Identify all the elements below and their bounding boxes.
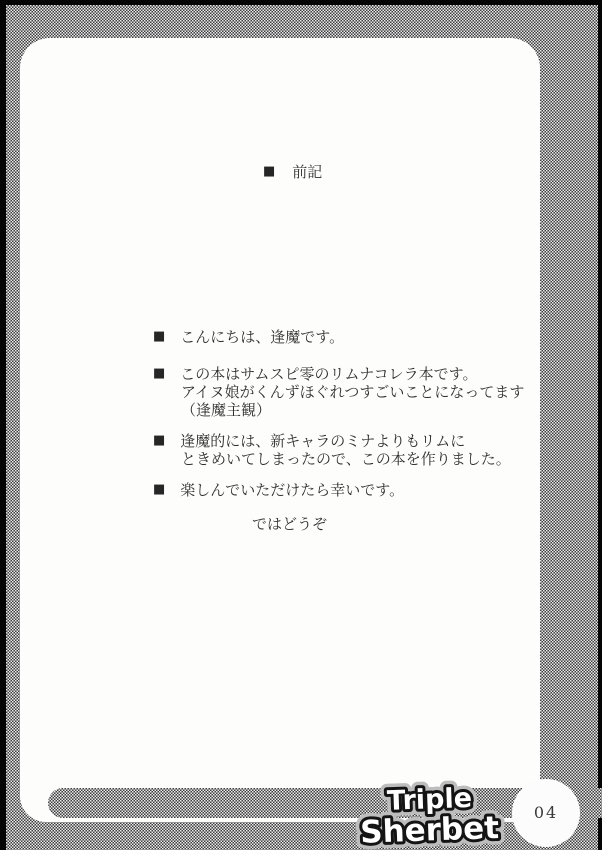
paragraph-line: 楽しんでいただけたら幸いです。 [180, 481, 404, 499]
paragraph-line: この本はサムスピ零のリムナコレラ本です。 [180, 365, 477, 383]
page-body: ■ 前記 ■ こんにちは、逢魔です。 ■ この本はサムスピ零のリムナコレラ本です… [20, 38, 540, 822]
paragraph-line: アイヌ娘がくんずほぐれつすごいことになってます [181, 383, 524, 401]
paragraph-line: こんにちは、逢魔です。 [180, 328, 344, 346]
triple-sherbet-logo: Triple Sherbet Triple Sherbet [340, 762, 580, 850]
square-bullet-icon: ■ [263, 165, 275, 178]
paragraph-enjoy: ■ 楽しんでいただけたら幸いです。 [153, 481, 404, 499]
square-bullet-icon: ■ [153, 483, 165, 496]
paragraph-greeting: ■ こんにちは、逢魔です。 [153, 328, 344, 346]
square-bullet-icon: ■ [153, 434, 165, 447]
paragraph-motivation: ■ 逢魔的には、新キャラのミナよりもリムに ときめいてしまったので、この本を作り… [153, 432, 511, 468]
paragraph-line: ときめいてしまったので、この本を作りました。 [181, 450, 511, 468]
closing-line: ではどうぞ [252, 513, 327, 534]
scanned-page: ■ 前記 ■ こんにちは、逢魔です。 ■ この本はサムスピ零のリムナコレラ本です… [0, 0, 602, 850]
paragraph-line: （逢魔主観） [181, 401, 524, 419]
square-bullet-icon: ■ [153, 330, 165, 343]
paragraph-book-intro: ■ この本はサムスピ零のリムナコレラ本です。 アイヌ娘がくんずほぐれつすごいこと… [153, 365, 524, 419]
section-heading: ■ 前記 [263, 162, 322, 180]
square-bullet-icon: ■ [153, 367, 165, 380]
logo-text-line2: Sherbet [360, 810, 500, 850]
section-heading-label: 前記 [292, 161, 322, 182]
paragraph-line: 逢魔的には、新キャラのミナよりもリムに [180, 432, 465, 450]
